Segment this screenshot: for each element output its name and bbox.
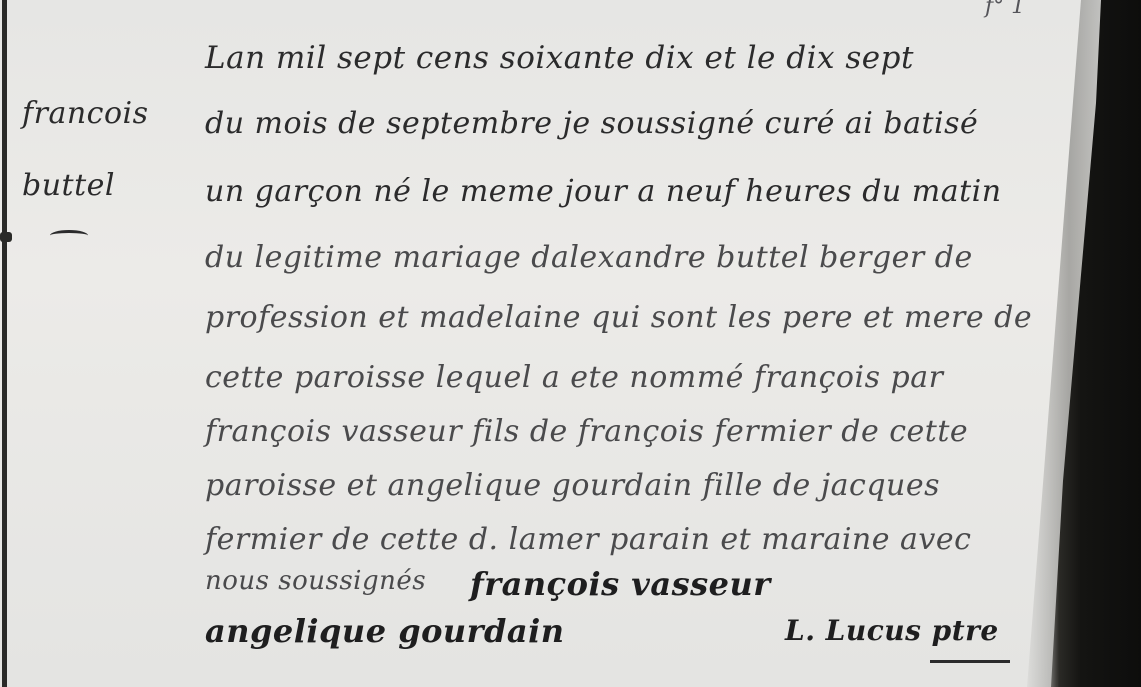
- body-line-2: du mois de septembre je soussigné curé a…: [205, 106, 978, 141]
- body-line-3: un garçon né le meme jour a neuf heures …: [205, 174, 1002, 209]
- margin-note-first-name: francois: [22, 96, 149, 131]
- register-page: francois buttel f° 1 Lan mil sept cens s…: [0, 0, 1141, 687]
- left-margin-rule: [2, 0, 7, 687]
- signature-godmother: angelique gourdain: [205, 612, 565, 650]
- margin-flourish: [50, 230, 88, 241]
- priest-signature-underline: [930, 660, 1010, 667]
- body-line-6: cette paroisse lequel a ete nommé franço…: [205, 360, 943, 395]
- body-line-8: paroisse et angelique gourdain fille de …: [205, 468, 940, 503]
- margin-rule-knot: [0, 232, 12, 242]
- body-line-7: françois vasseur fils de françois fermie…: [205, 414, 968, 449]
- body-line-10: nous soussignés: [205, 566, 426, 596]
- body-line-1: Lan mil sept cens soixante dix et le dix…: [205, 40, 914, 76]
- body-line-9: fermier de cette d. lamer parain et mara…: [205, 522, 971, 557]
- signature-godfather: françois vasseur: [470, 565, 771, 603]
- margin-note-surname: buttel: [22, 168, 115, 203]
- folio-mark: f° 1: [985, 0, 1025, 19]
- signature-priest: L. Lucus ptre: [785, 614, 999, 647]
- body-line-5: profession et madelaine qui sont les per…: [205, 300, 1032, 335]
- body-line-4: du legitime mariage dalexandre buttel be…: [205, 240, 973, 275]
